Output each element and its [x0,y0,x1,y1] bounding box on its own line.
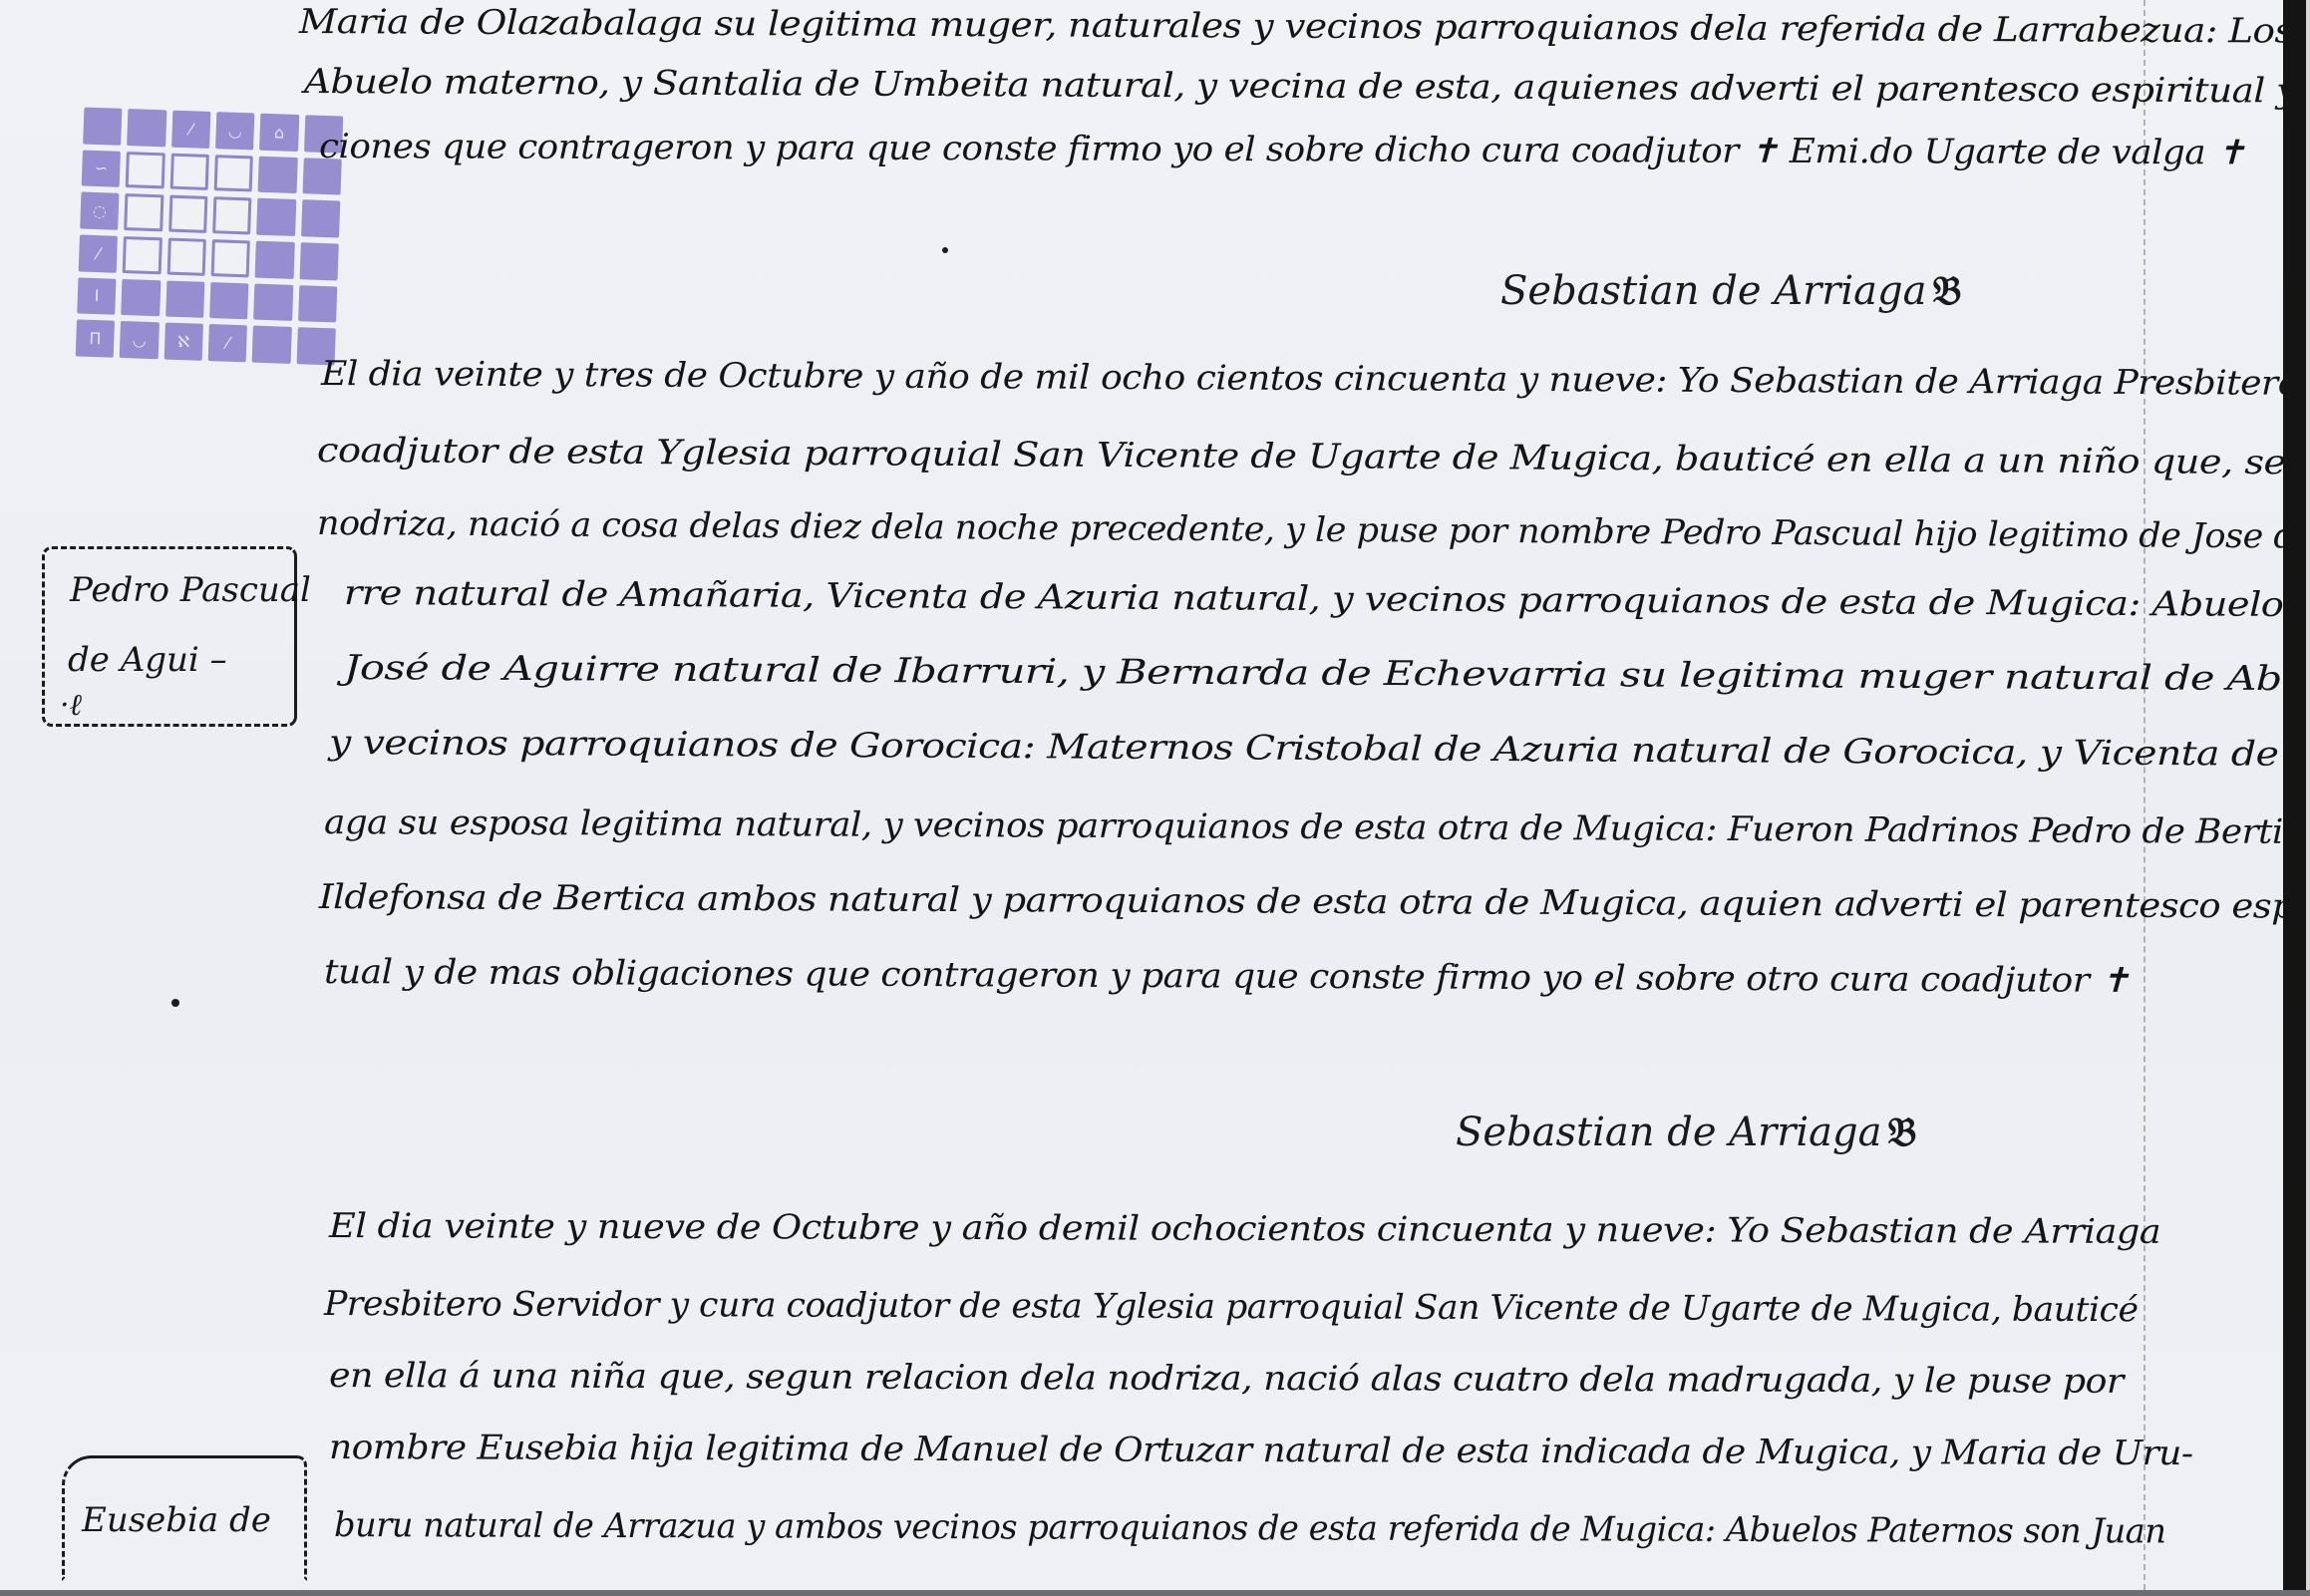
stamp-filled-cell: ◌ [80,192,120,230]
stamp-filled-cell: ◡ [215,112,255,150]
entry-2-line-5: buru natural de Arrazua y ambos vecinos … [334,1505,2166,1551]
entry-1-line-9: tual y de mas obligaciones que contrager… [324,952,2130,1001]
stamp-empty-cell [123,236,163,274]
ink-speck [942,247,948,253]
stamp-empty-cell [166,238,206,276]
stamp-filled-cell [122,279,162,317]
entry-1-line-4: rre natural de Amañaria, Vicenta de Azur… [344,573,2310,627]
scan-right-border [2283,0,2306,1590]
scan-right-edge [2306,0,2310,1596]
stamp-filled-cell [298,285,338,323]
stamp-empty-cell [126,152,165,189]
entry-2-line-4: nombre Eusebia hija legitima de Manuel d… [329,1428,2193,1473]
stamp-filled-cell: ℵ [164,323,203,361]
stamp-empty-cell [212,196,252,234]
stamp-filled-cell [83,108,123,146]
stamp-filled-cell: ⌂ [259,114,299,152]
stamp-filled-cell [252,326,292,364]
previous-entry-line-3: ciones que contrageron y para que conste… [319,127,2245,172]
stamp-filled-cell [253,283,293,321]
stamp-filled-cell [301,200,341,238]
ink-speck [171,999,179,1007]
stamp-empty-cell [211,239,251,277]
entry-1-line-5: José de Aguirre natural de Ibarruri, y B… [344,648,2310,700]
stamp-filled-cell: ⁄ [79,234,119,272]
stamp-empty-cell [169,153,209,190]
stamp-filled-cell: ⁄ [171,111,211,149]
entry-1-line-8: Ildefonsa de Bertica ambos natural y par… [319,877,2310,927]
entry-2-line-3: en ella á una niña que, segun relacion d… [329,1356,2124,1402]
stamp-filled-cell: Π [76,320,116,358]
stamp-filled-cell [209,282,249,320]
signature-sebastian-arriaga-2: Sebastian de Arriaga𝔅 [1456,1109,1916,1155]
stamp-filled-cell [165,280,205,318]
margin-note-child-name: Eusebia de [82,1500,271,1540]
entry-1-line-2: coadjutor de esta Yglesia parroquial San… [317,431,2310,484]
rubric-flourish-icon: 𝔅 [1887,1109,1916,1155]
revenue-stamp-grid-icon: ⁄◡⌂∽◌⁄ΙΠ◡ℵ⁄ [76,108,344,366]
entry-1-line-6: y vecinos parroquianos de Gorocica: Mate… [329,723,2310,776]
entry-2-line-2: Presbitero Servidor y cura coadjutor de … [324,1284,2139,1330]
entry-1-line-1: El dia veinte y tres de Octubre y año de… [321,354,2310,405]
stamp-filled-cell [256,198,296,236]
signature-name: Sebastian de Arriaga [1456,1110,1881,1155]
entry-1-line-7: aga su esposa legitima natural, y vecino… [324,802,2310,852]
entry-1-line-3: nodriza, nació a cosa delas diez dela no… [317,503,2310,557]
stamp-empty-cell [124,193,164,231]
scan-bottom-edge [0,1590,2310,1596]
margin-note-child-name: Pedro Pascual [70,570,311,610]
stamp-filled-cell [127,109,166,147]
margin-note-flourish: ·ℓ [60,688,82,723]
stamp-filled-cell: ◡ [120,321,160,359]
stamp-filled-cell: ⁄ [208,324,248,362]
right-margin-rule [2144,0,2145,1590]
stamp-filled-cell: Ι [77,277,117,315]
previous-entry-line-1: Maria de Olazabalaga su legitima muger, … [299,2,2310,53]
entry-2-line-1: El dia veinte y nueve de Octubre y año d… [329,1206,2160,1252]
stamp-filled-cell [258,156,298,193]
stamp-filled-cell [255,241,295,279]
rubric-flourish-icon: 𝔅 [1932,267,1961,314]
manuscript-page: ⁄◡⌂∽◌⁄ΙΠ◡ℵ⁄ Maria de Olazabalaga su legi… [0,0,2283,1590]
signature-sebastian-arriaga-1: Sebastian de Arriaga𝔅 [1500,267,1961,314]
stamp-filled-cell: ∽ [82,150,122,187]
stamp-filled-cell [299,242,339,280]
stamp-empty-cell [168,195,208,233]
signature-name: Sebastian de Arriaga [1500,268,1926,314]
margin-note-surname: de Agui – [68,640,227,680]
previous-entry-line-2: Abuelo materno, y Santalia de Umbeita na… [304,62,2310,113]
stamp-empty-cell [214,155,254,192]
